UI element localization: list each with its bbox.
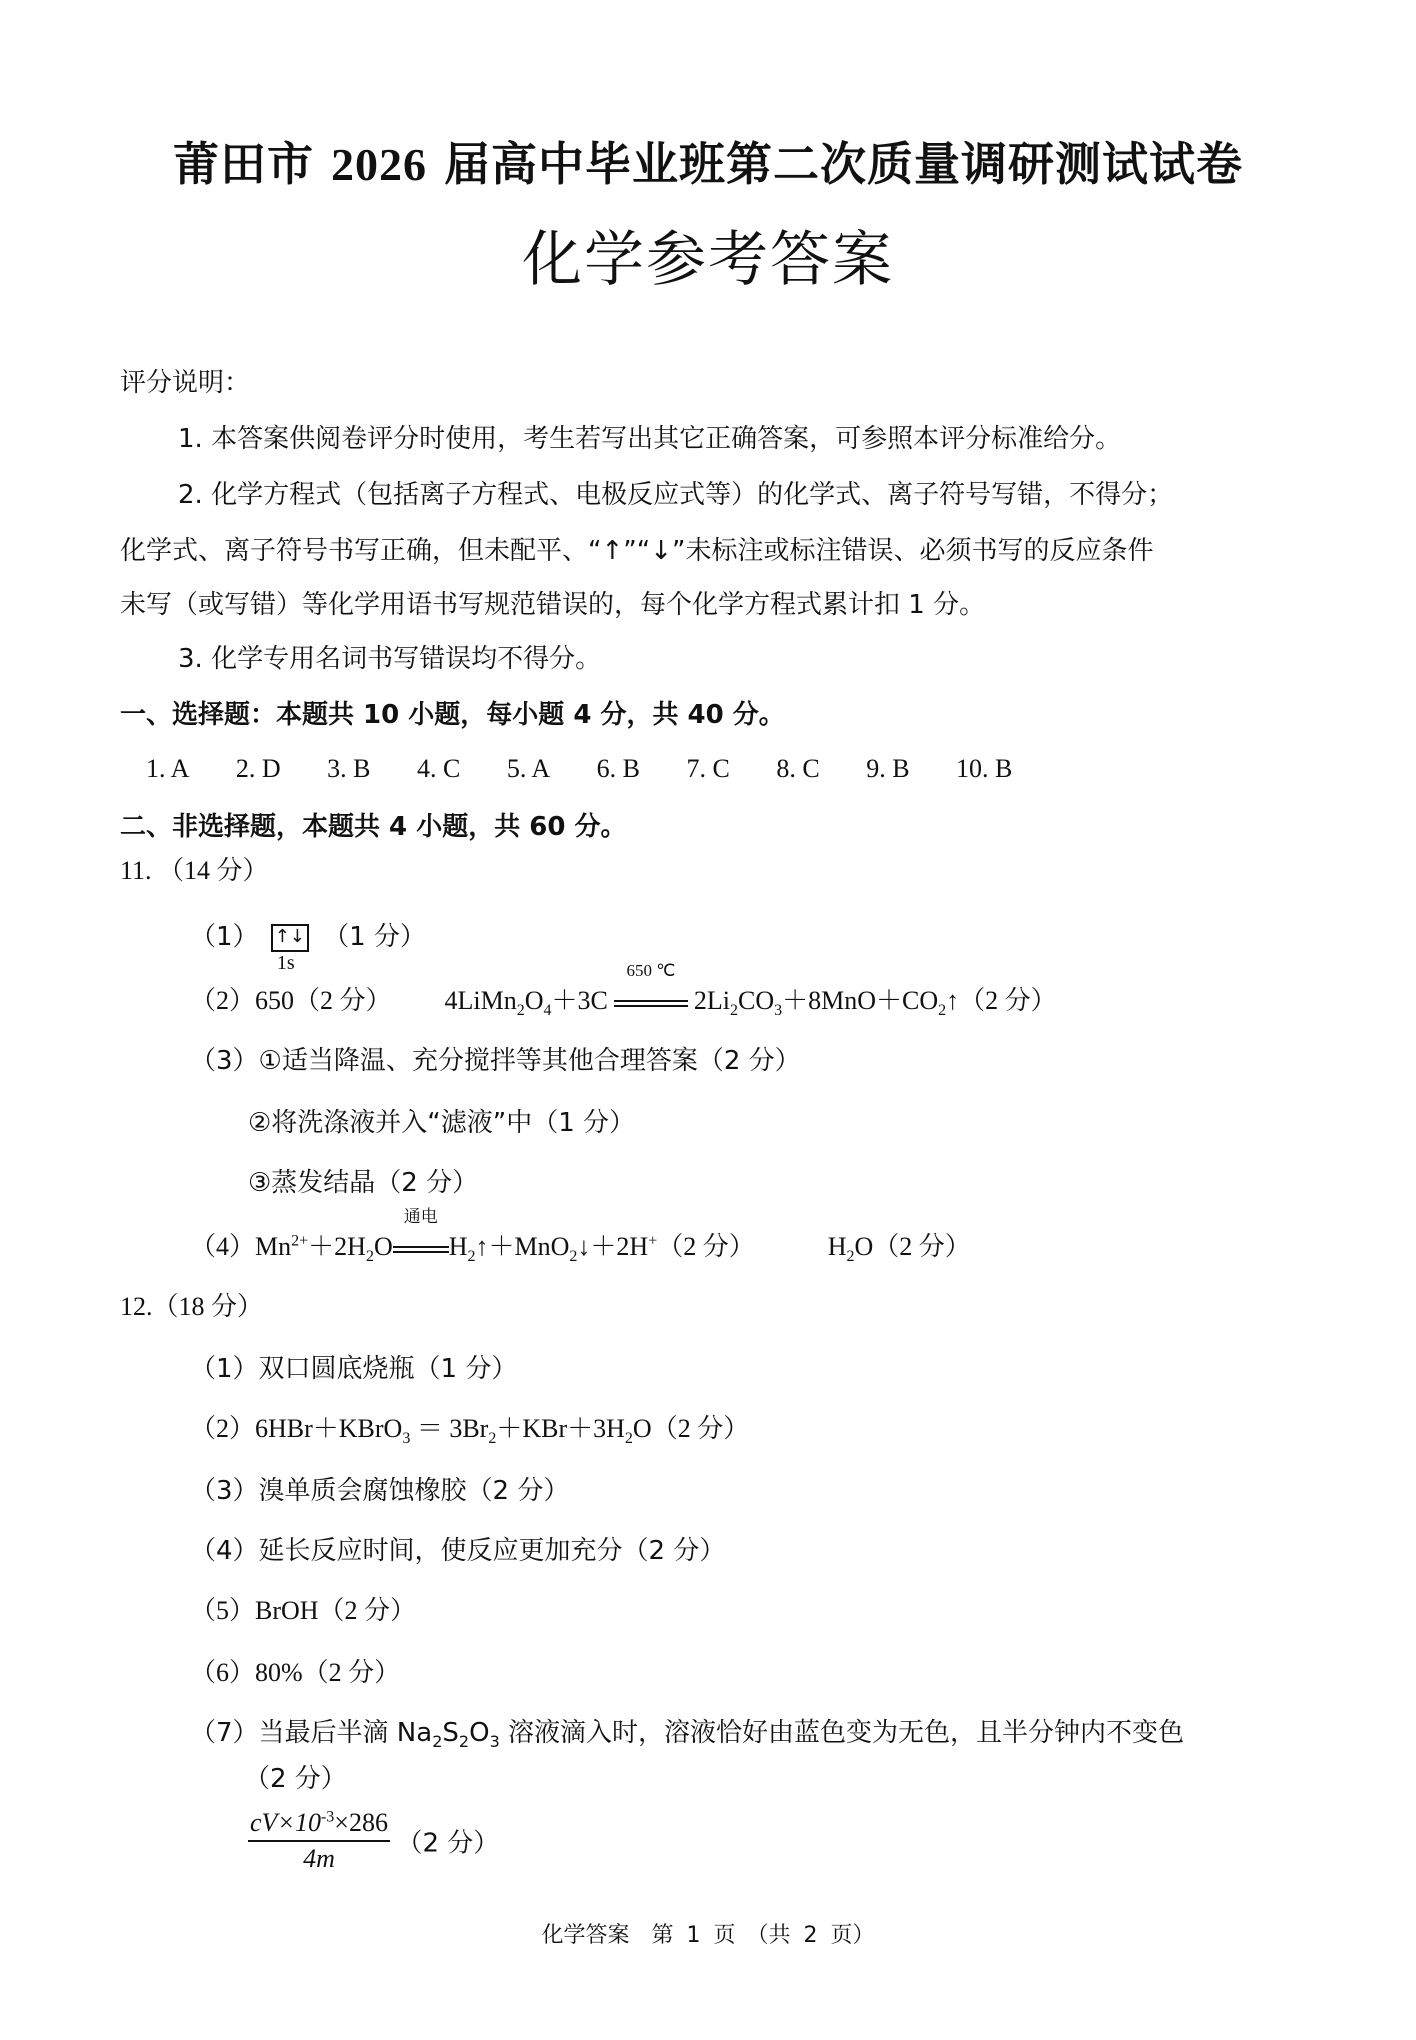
- section1-heading: 一、选择题：本题共 10 小题，每小题 4 分，共 40 分。: [120, 698, 785, 732]
- title-year: 2026: [331, 139, 427, 190]
- q11-header: 11. （14 分）: [120, 854, 269, 888]
- scoring-note-3: 3. 化学专用名词书写错误均不得分。: [178, 642, 601, 676]
- choice-answer: 1. A: [146, 754, 189, 784]
- q11-part2: （2）650（2 分） 4LiMn2O4＋3C650 ℃2Li2CO3＋8MnO…: [190, 984, 1057, 1018]
- choice-answer: 9. B: [866, 754, 909, 784]
- q12-header: 12.（18 分）: [120, 1290, 263, 1324]
- choice-answer: 4. C: [417, 754, 460, 784]
- q12-part5: （5）BrOH（2 分）: [190, 1594, 416, 1628]
- fraction: cV×10-3×286 4m: [248, 1808, 390, 1874]
- electron-arrows: ↑↓: [275, 926, 305, 947]
- part-label: （3）: [190, 1046, 259, 1076]
- score: （1 分）: [323, 922, 426, 952]
- scoring-note-2-cont: 化学式、离子符号书写正确，但未配平、“↑”“↓”未标注或标注错误、必须书写的反应…: [120, 534, 1153, 568]
- choice-answers: 1. A 2. D 3. B 4. C 5. A 6. B 7. C 8. C …: [146, 754, 1052, 784]
- reaction-condition: 650 ℃: [608, 984, 694, 1018]
- chemical-equation: 4LiMn2O4＋3C650 ℃2Li2CO3＋8MnO＋CO2↑（2 分）: [445, 986, 1057, 1015]
- answer: ①适当降温、充分搅拌等其他合理答案（2 分）: [259, 1046, 801, 1076]
- q12-part7: （7）当最后半滴 Na2S2O3 溶液滴入时，溶液恰好由蓝色变为无色，且半分钟内…: [190, 1716, 1184, 1750]
- choice-answer: 10. B: [956, 754, 1012, 784]
- choice-answer: 7. C: [687, 754, 730, 784]
- choice-answer: 6. B: [597, 754, 640, 784]
- q12-part2: （2）6HBr＋KBrO3 ＝ 3Br2＋KBr＋3H2O（2 分）: [190, 1412, 749, 1446]
- scoring-notes-heading: 评分说明：: [120, 366, 250, 400]
- choice-answer: 5. A: [507, 754, 550, 784]
- score: （2 分）: [396, 1829, 499, 1859]
- page-subtitle: 化学参考答案: [0, 212, 1416, 298]
- answer-second: H2O（2 分）: [828, 1232, 971, 1261]
- answer: 650（2 分）: [255, 986, 392, 1015]
- part-label: （2）: [190, 986, 255, 1015]
- choice-answer: 8. C: [776, 754, 819, 784]
- orbital-box-icon: ↑↓ 1s: [271, 924, 309, 952]
- q11-part3-item3: ③蒸发结晶（2 分）: [248, 1166, 478, 1200]
- title-city: 莆田市: [173, 137, 314, 191]
- exam-title: 莆田市 2026 届高中毕业班第二次质量调研测试试卷: [0, 128, 1416, 194]
- q11-part1: （1） ↑↓ 1s （1 分）: [190, 920, 426, 954]
- q11-part3-item1: （3）①适当降温、充分搅拌等其他合理答案（2 分）: [190, 1044, 801, 1078]
- ionic-equation: Mn2+＋2H2O通电H2↑＋MnO2↓＋2H+（2 分）: [255, 1232, 755, 1261]
- fraction-denominator: 4m: [248, 1842, 390, 1874]
- q12-part4: （4）延长反应时间，使反应更加充分（2 分）: [190, 1534, 725, 1568]
- fraction-numerator: cV×10-3×286: [248, 1808, 390, 1842]
- choice-answer: 2. D: [236, 754, 281, 784]
- scoring-note-2: 2. 化学方程式（包括离子方程式、电极反应式等）的化学式、离子符号写错，不得分；: [178, 478, 1173, 512]
- q12-part3: （3）溴单质会腐蚀橡胶（2 分）: [190, 1474, 569, 1508]
- part-label: （4）: [190, 1232, 255, 1261]
- q12-part6: （6）80%（2 分）: [190, 1656, 400, 1690]
- part-label: （1）: [190, 922, 259, 952]
- q12-part1: （1）双口圆底烧瓶（1 分）: [190, 1352, 517, 1386]
- q12-part7-score: （2 分）: [244, 1762, 347, 1796]
- answer-sheet-page: 莆田市 2026 届高中毕业班第二次质量调研测试试卷 化学参考答案 评分说明： …: [0, 0, 1416, 2040]
- choice-answer: 3. B: [327, 754, 370, 784]
- scoring-note-2-end: 未写（或写错）等化学用语书写规范错误的，每个化学方程式累计扣 1 分。: [120, 588, 985, 622]
- scoring-note-1: 1. 本答案供阅卷评分时使用，考生若写出其它正确答案，可参照本评分标准给分。: [178, 422, 1121, 456]
- q11-part4: （4）Mn2+＋2H2O通电H2↑＋MnO2↓＋2H+（2 分） H2O（2 分…: [190, 1230, 971, 1264]
- q12-part7-formula: cV×10-3×286 4m （2 分）: [248, 1808, 499, 1874]
- page-footer: 化学答案 第 1 页 （共 2 页）: [0, 1918, 1416, 1949]
- section2-heading: 二、非选择题，本题共 4 小题，共 60 分。: [120, 810, 626, 844]
- orbital-label: 1s: [277, 952, 295, 974]
- reaction-condition: 通电: [393, 1230, 449, 1264]
- title-suffix: 届高中毕业班第二次质量调研测试试卷: [444, 137, 1243, 191]
- q11-part3-item2: ②将洗涤液并入“滤液”中（1 分）: [248, 1106, 635, 1140]
